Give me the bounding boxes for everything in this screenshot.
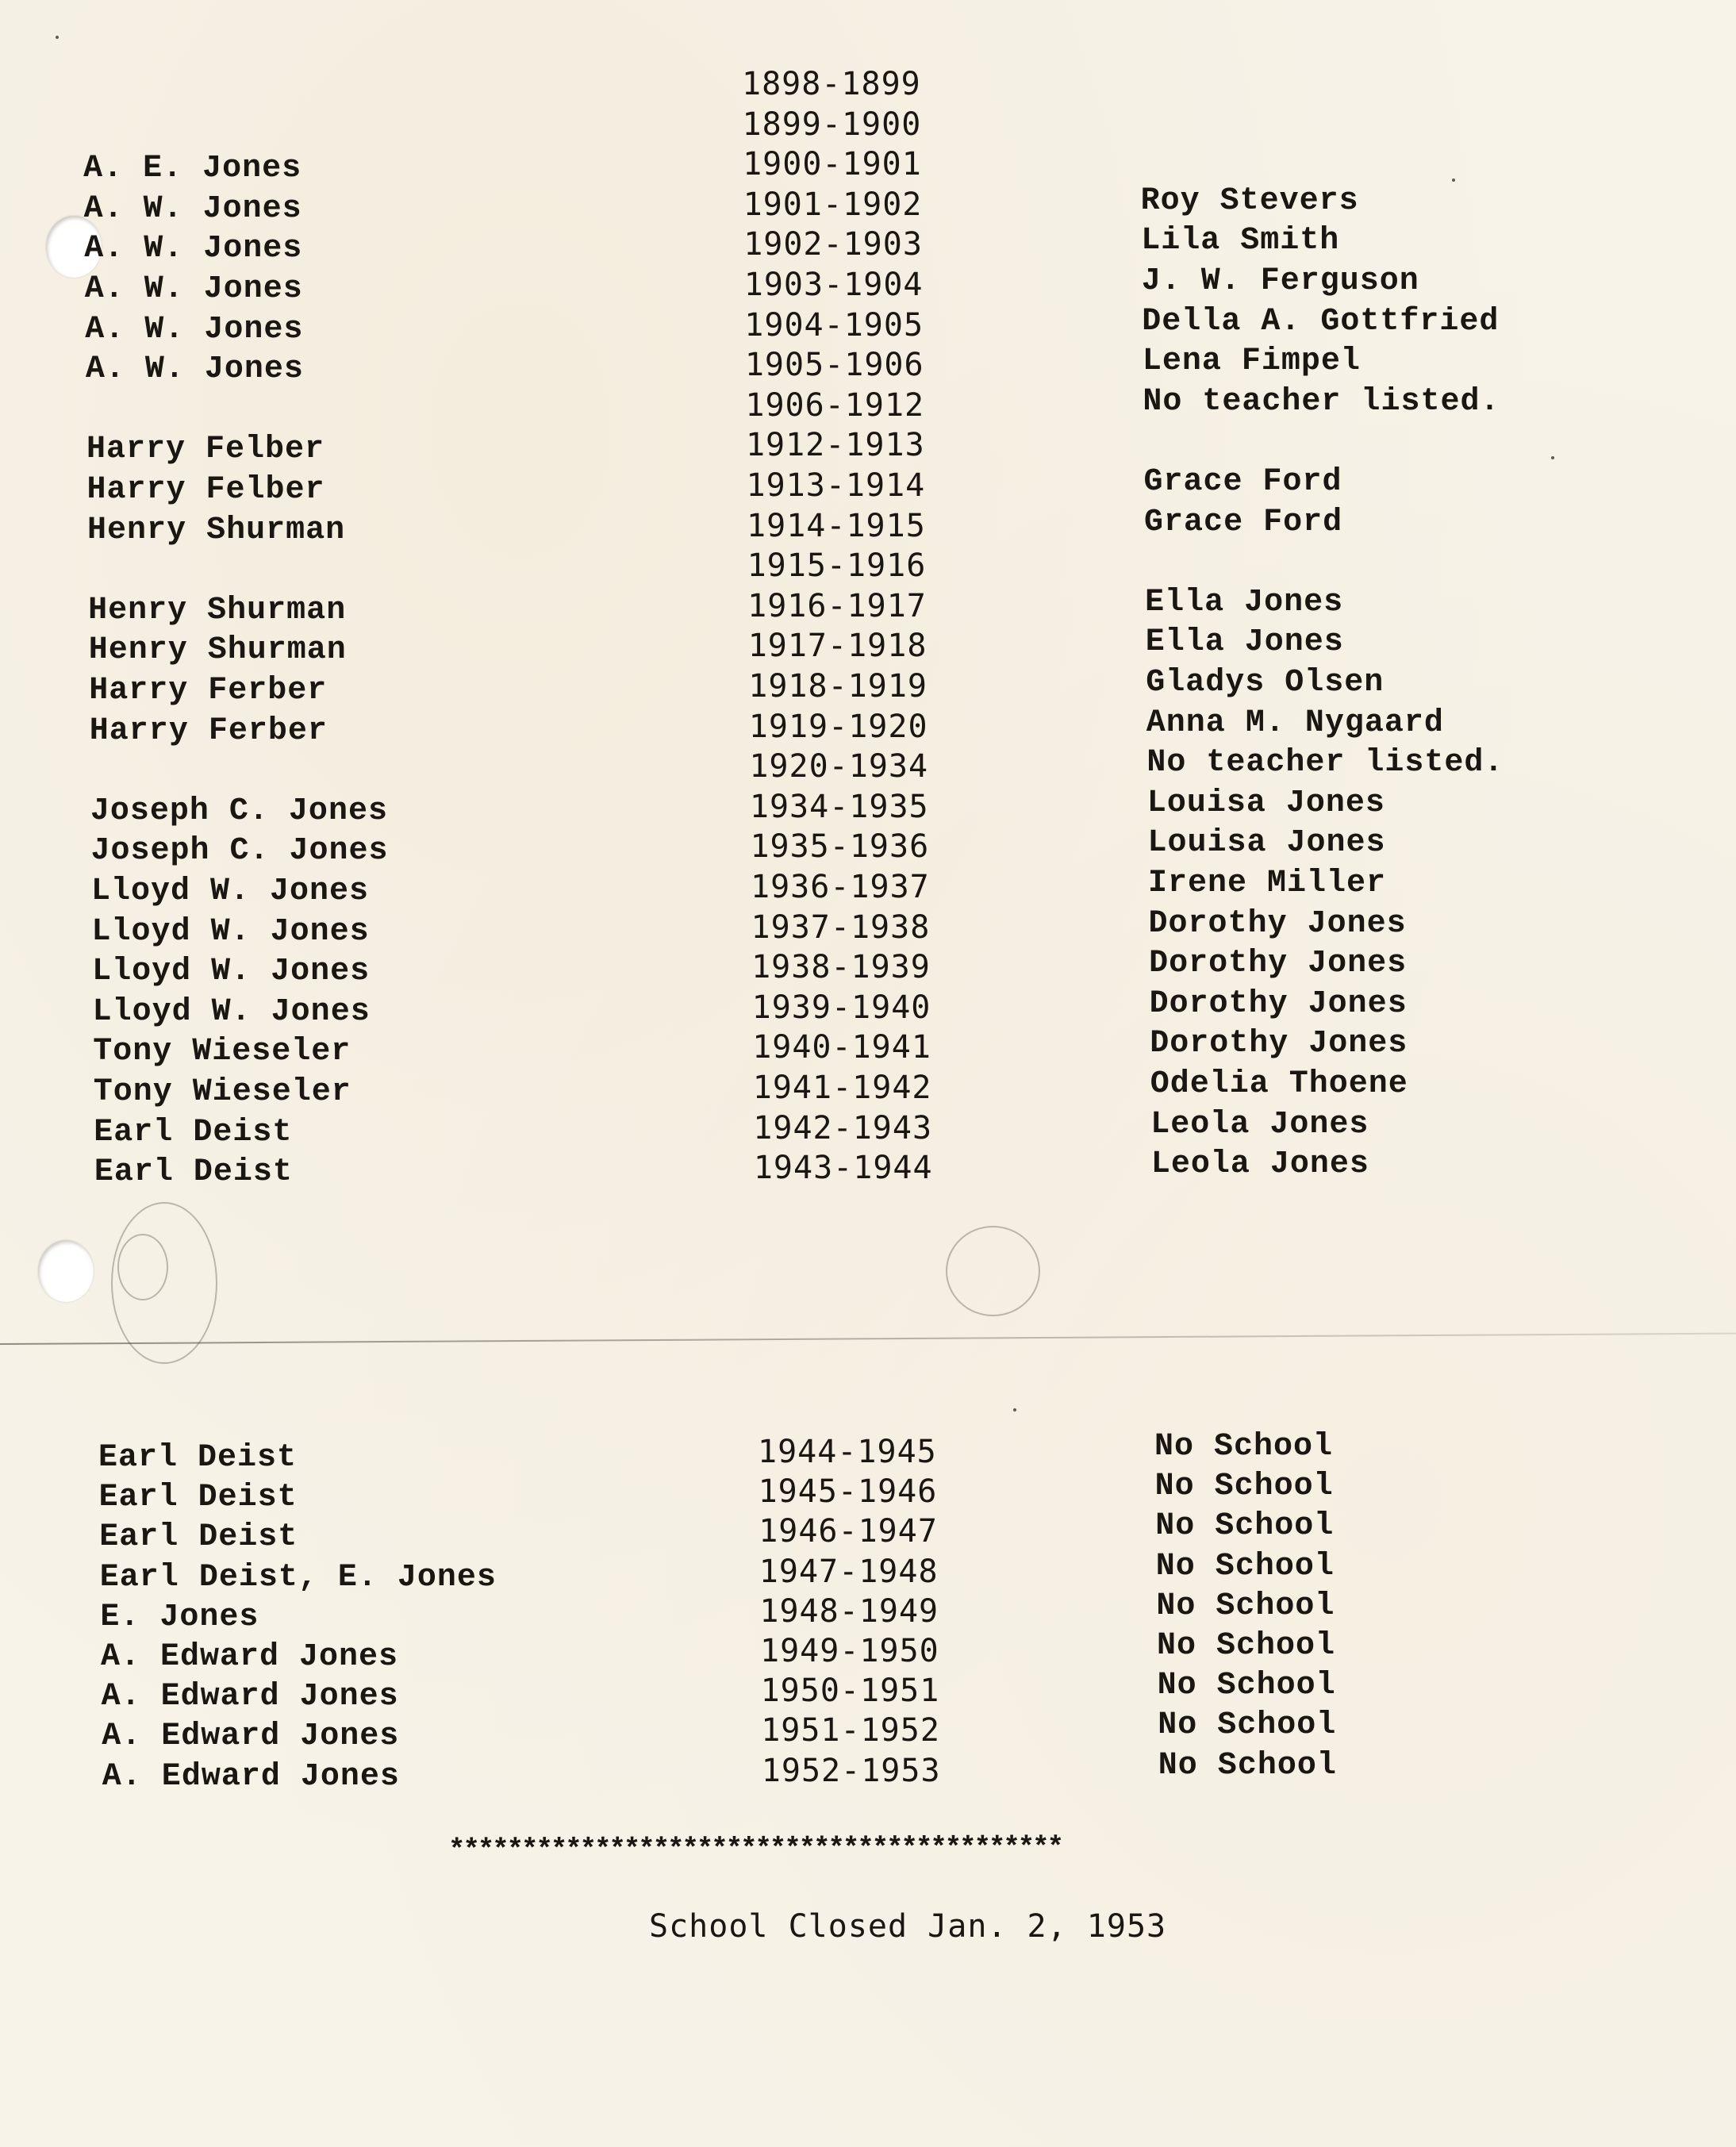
teacher-principal: A. Edward Jones: [102, 1678, 399, 1716]
teacher-principal: E. Jones: [100, 1599, 259, 1637]
school-year: 1916-1917: [747, 587, 927, 625]
teacher-principal: A. W. Jones: [85, 271, 303, 309]
teacher-assistant: No teacher listed.: [1143, 383, 1500, 421]
teacher-principal: Tony Wieseler: [94, 1073, 351, 1112]
teacher-assistant: Grace Ford: [1144, 463, 1342, 501]
teacher-principal: Tony Wieseler: [93, 1033, 351, 1071]
school-year: 1917-1918: [748, 627, 928, 665]
teacher-principal: Earl Deist: [99, 1519, 298, 1557]
teacher-assistant: No teacher listed.: [1146, 744, 1504, 782]
school-year: 1948-1949: [759, 1592, 939, 1630]
school-year: 1918-1919: [748, 667, 928, 705]
teacher-principal: Earl Deist: [99, 1479, 298, 1517]
teacher-principal: Earl Deist, E. Jones: [100, 1559, 497, 1597]
teacher-principal: Harry Ferber: [89, 672, 327, 710]
teacher-assistant: Gladys Olsen: [1146, 664, 1384, 702]
teacher-assistant: Irene Miller: [1148, 865, 1386, 903]
teacher-principal: Earl Deist: [94, 1114, 292, 1152]
teacher-assistant: Dorothy Jones: [1149, 905, 1407, 943]
teacher-assistant: J. W. Ferguson: [1142, 263, 1419, 301]
asterisk-separator: ****************************************…: [448, 1831, 1062, 1866]
school-year: 1947-1948: [759, 1553, 939, 1591]
teacher-principal: Harry Felber: [87, 471, 325, 509]
teacher-assistant: Louisa Jones: [1147, 785, 1385, 823]
teacher-principal: A. W. Jones: [84, 190, 302, 229]
school-year: 1935-1936: [750, 828, 929, 866]
teacher-assistant: Ella Jones: [1145, 584, 1343, 622]
school-year: 1915-1916: [747, 547, 927, 585]
school-year: 1941-1942: [753, 1069, 932, 1107]
teacher-assistant: No School: [1158, 1667, 1336, 1705]
school-year: 1904-1905: [744, 306, 924, 344]
school-year: 1934-1935: [750, 788, 929, 826]
teacher-principal: Henry Shurman: [87, 512, 345, 550]
school-year: 1952-1953: [762, 1752, 941, 1790]
teacher-assistant: Louisa Jones: [1147, 824, 1385, 862]
stain-ring-left-inner: [117, 1234, 168, 1300]
teacher-assistant: Lena Fimpel: [1143, 343, 1361, 381]
school-year: 1912-1913: [746, 426, 925, 464]
teacher-principal: Henry Shurman: [88, 592, 346, 630]
teacher-principal: Lloyd W. Jones: [91, 873, 369, 911]
teacher-assistant: Della A. Gottfried: [1142, 303, 1499, 341]
teacher-principal: Joseph C. Jones: [90, 793, 388, 831]
teacher-principal: Earl Deist: [98, 1439, 297, 1477]
school-year: 1942-1943: [753, 1109, 932, 1147]
teacher-principal: A. Edward Jones: [102, 1758, 400, 1796]
school-year: 1901-1902: [743, 186, 923, 224]
teacher-assistant: No School: [1154, 1428, 1333, 1466]
school-year: 1900-1901: [743, 145, 922, 183]
school-year: 1944-1945: [758, 1433, 937, 1471]
school-year: 1913-1914: [747, 467, 926, 505]
school-year: 1950-1951: [761, 1672, 940, 1710]
school-year: 1914-1915: [747, 507, 926, 545]
speck: [1452, 179, 1455, 182]
teacher-principal: Harry Felber: [86, 431, 325, 469]
teacher-principal: A. W. Jones: [84, 230, 302, 268]
school-year: 1938-1939: [751, 948, 931, 986]
school-year: 1905-1906: [745, 346, 924, 384]
teacher-principal: A. E. Jones: [83, 150, 301, 188]
teacher-assistant: Dorothy Jones: [1149, 945, 1407, 983]
teacher-principal: A. W. Jones: [86, 351, 304, 389]
teacher-principal: Lloyd W. Jones: [92, 913, 370, 951]
teacher-principal: Earl Deist: [94, 1154, 293, 1192]
teacher-assistant: No School: [1156, 1548, 1335, 1586]
school-closed-note: School Closed Jan. 2, 1953: [649, 1908, 1166, 1945]
school-year: 1903-1904: [744, 266, 924, 304]
teacher-assistant: Leola Jones: [1150, 1106, 1369, 1144]
school-year: 1919-1920: [749, 708, 928, 746]
stain-ring-center: [946, 1226, 1040, 1316]
punch-hole-bottom: [38, 1240, 94, 1302]
school-year: 1939-1940: [752, 989, 931, 1027]
teacher-principal: Lloyd W. Jones: [92, 953, 370, 991]
school-year: 1949-1950: [760, 1632, 939, 1670]
teacher-assistant: Odelia Thoene: [1150, 1066, 1408, 1104]
school-year: 1898-1899: [742, 65, 921, 103]
school-year: 1920-1934: [749, 747, 928, 785]
teacher-assistant: Leola Jones: [1151, 1146, 1369, 1184]
teacher-assistant: Lila Smith: [1141, 222, 1339, 260]
teacher-assistant: Ella Jones: [1146, 624, 1344, 662]
teacher-principal: Joseph C. Jones: [90, 832, 388, 870]
teacher-assistant: Grace Ford: [1144, 504, 1342, 542]
school-year: 1940-1941: [752, 1028, 931, 1066]
teacher-assistant: No School: [1156, 1588, 1335, 1626]
school-year: 1902-1903: [743, 225, 923, 263]
teacher-principal: A. Edward Jones: [101, 1638, 398, 1677]
teacher-assistant: No School: [1157, 1627, 1335, 1665]
school-year: 1943-1944: [754, 1149, 933, 1187]
teacher-principal: Lloyd W. Jones: [93, 993, 371, 1031]
speck: [1551, 456, 1554, 459]
teacher-principal: A. W. Jones: [85, 311, 303, 349]
teacher-assistant: No School: [1158, 1707, 1336, 1745]
teacher-principal: A. Edward Jones: [102, 1718, 399, 1756]
school-year: 1937-1938: [751, 908, 931, 947]
teacher-assistant: Dorothy Jones: [1150, 1025, 1408, 1063]
school-year: 1936-1937: [751, 868, 930, 906]
teacher-assistant: Dorothy Jones: [1150, 985, 1408, 1024]
school-year: 1899-1900: [743, 106, 922, 144]
teacher-principal: Harry Ferber: [90, 712, 328, 751]
teacher-assistant: Anna M. Nygaard: [1146, 705, 1444, 743]
teacher-assistant: No School: [1155, 1468, 1334, 1506]
school-year: 1946-1947: [759, 1512, 938, 1550]
school-year: 1906-1912: [745, 386, 924, 424]
teacher-assistant: No School: [1158, 1747, 1337, 1785]
school-year: 1951-1952: [761, 1711, 940, 1749]
school-year: 1945-1946: [759, 1473, 938, 1511]
speck: [56, 36, 59, 39]
speck: [1013, 1408, 1016, 1411]
teacher-principal: Henry Shurman: [89, 632, 347, 670]
teacher-assistant: Roy Stevers: [1141, 182, 1359, 221]
teacher-assistant: No School: [1155, 1508, 1334, 1546]
